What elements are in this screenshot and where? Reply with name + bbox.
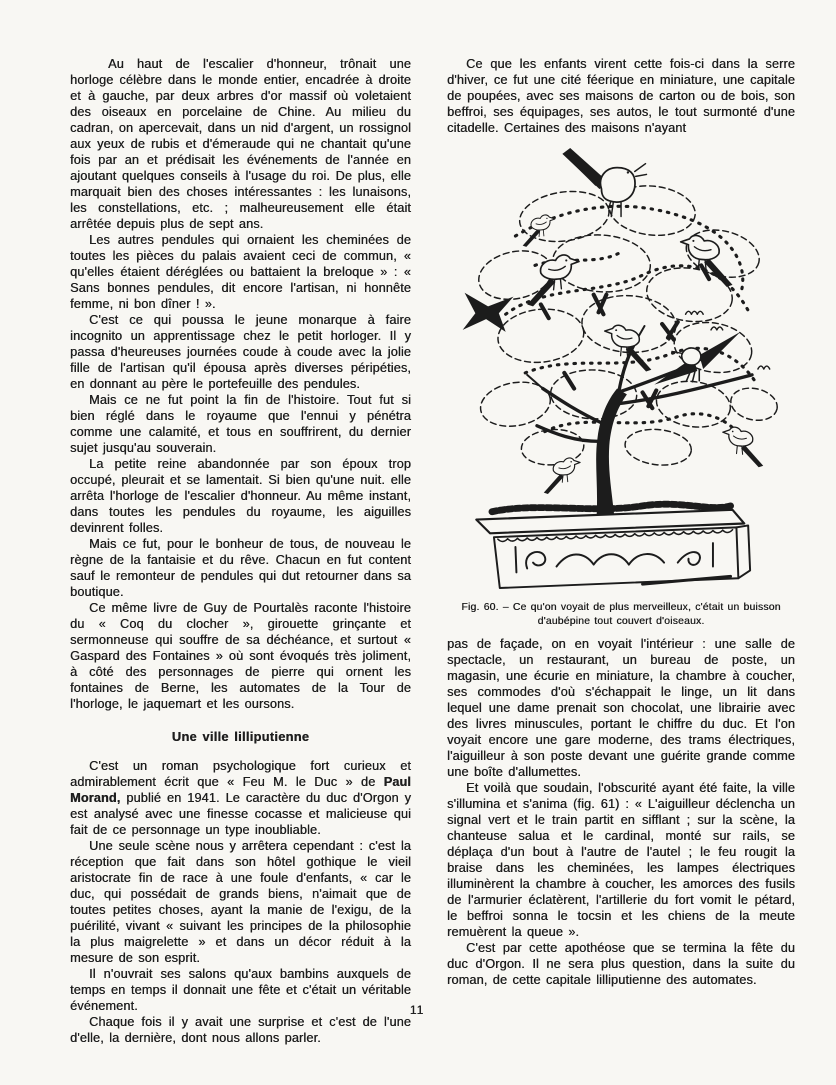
right-column: Ce que les enfants virent cette fois-ci …	[447, 56, 795, 988]
paragraph: Mais ce ne fut point la fin de l'histoir…	[70, 392, 411, 456]
paragraph: Ce même livre de Guy de Pourtalès racont…	[70, 600, 411, 712]
paragraph: C'est ce qui poussa le jeune monarque à …	[70, 312, 411, 392]
paragraph: Chaque fois il y avait une surprise et c…	[70, 1014, 411, 1046]
page-number: 11	[401, 1003, 433, 1017]
figure-caption: Fig. 60. – Ce qu'on voyait de plus merve…	[447, 601, 795, 628]
paragraph: Une seule scène nous y arrêtera cependan…	[70, 838, 411, 966]
paragraph: Il n'ouvrait ses salons qu'aux bambins a…	[70, 966, 411, 1014]
paragraph: pas de façade, on en voyait l'intérieur …	[447, 636, 795, 780]
paragraph: Mais ce fut, pour le bonheur de tous, de…	[70, 536, 411, 600]
bird-bush-illustration	[447, 146, 799, 592]
paragraph-text: C'est un roman psychologique fort curieu…	[70, 759, 411, 789]
paragraph-text: publié en 1941. Le caractère du duc d'Or…	[70, 791, 411, 837]
figure-60: Fig. 60. – Ce qu'on voyait de plus merve…	[447, 146, 795, 628]
paragraph: La petite reine abandonnée par son époux…	[70, 456, 411, 536]
paragraph: Les autres pendules qui ornaient les che…	[70, 232, 411, 312]
magazine-page: Au haut de l'escalier d'honneur, trônait…	[0, 0, 836, 1085]
paragraph: Ce que les enfants virent cette fois-ci …	[447, 56, 795, 136]
section-heading: Une ville lilliputienne	[70, 729, 411, 745]
left-column: Au haut de l'escalier d'honneur, trônait…	[70, 56, 411, 1046]
paragraph: Et voilà que soudain, l'obscurité ayant …	[447, 780, 795, 940]
figure-caption-line: Fig. 60. – Ce qu'on voyait de plus merve…	[461, 602, 780, 613]
paragraph: C'est par cette apothéose que se termina…	[447, 940, 795, 988]
figure-caption-line: d'aubépine tout couvert d'oiseaux.	[538, 616, 705, 627]
paragraph: C'est un roman psychologique fort curieu…	[70, 758, 411, 838]
paragraph: Au haut de l'escalier d'honneur, trônait…	[70, 56, 411, 232]
